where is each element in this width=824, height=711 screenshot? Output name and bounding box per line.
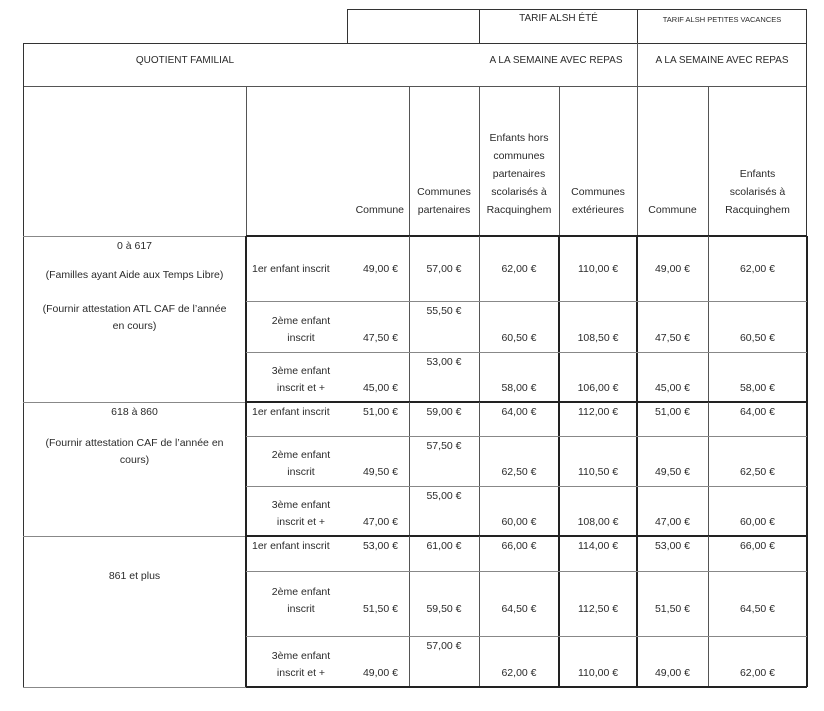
col-header-exterieures-2: extérieures — [559, 202, 637, 218]
col-header-hors-4: scolarisés à — [479, 184, 559, 200]
price-commune: 47,00 € — [246, 514, 398, 530]
row-label: 2ème enfant — [246, 447, 356, 463]
divider — [246, 301, 807, 302]
price-exterieures: 114,00 € — [559, 538, 637, 554]
col-header-hors-5: Racquinghem — [479, 202, 559, 218]
divider — [246, 686, 807, 688]
divider — [23, 687, 246, 688]
divider — [246, 486, 807, 487]
price-commune: 51,00 € — [246, 404, 398, 420]
price-partenaires: 53,00 € — [409, 354, 479, 370]
col-header-hors-3: partenaires — [479, 166, 559, 182]
col-header-pv-enfants-3: Racquinghem — [708, 202, 807, 218]
price-pv-commune: 49,50 € — [637, 464, 708, 480]
tarif-ete-title: TARIF ALSH ÉTÉ — [479, 11, 638, 27]
qf-range: 0 à 617 — [23, 238, 246, 254]
price-exterieures: 106,00 € — [559, 380, 637, 396]
qf-note: (Fournir attestation CAF de l’année en — [23, 435, 246, 451]
price-pv-enfants: 58,00 € — [708, 380, 807, 396]
price-partenaires: 59,50 € — [409, 601, 479, 617]
col-header-pv-enfants-1: Enfants — [708, 166, 807, 182]
price-commune: 49,00 € — [246, 665, 398, 681]
qf-range: 861 et plus — [23, 568, 246, 584]
col-header-pv-enfants-2: scolarisés à — [708, 184, 807, 200]
price-pv-enfants: 62,50 € — [708, 464, 807, 480]
divider — [246, 535, 807, 537]
divider — [23, 402, 246, 403]
price-pv-commune: 47,00 € — [637, 514, 708, 530]
price-hors-communes: 62,50 € — [479, 464, 559, 480]
price-hors-communes: 60,00 € — [479, 514, 559, 530]
qf-note: en cours) — [23, 318, 246, 334]
divider — [23, 536, 246, 537]
qf-range: 618 à 860 — [23, 404, 246, 420]
price-commune: 51,50 € — [246, 601, 398, 617]
col-header-partenaires-2: partenaires — [409, 202, 479, 218]
row-label: 3ème enfant — [246, 363, 356, 379]
row-label: 2ème enfant — [246, 584, 356, 600]
price-pv-commune: 47,50 € — [637, 330, 708, 346]
price-exterieures: 110,00 € — [559, 261, 637, 277]
price-pv-enfants: 62,00 € — [708, 665, 807, 681]
price-commune: 53,00 € — [246, 538, 398, 554]
price-commune: 49,50 € — [246, 464, 398, 480]
price-pv-commune: 51,00 € — [637, 404, 708, 420]
price-hors-communes: 62,00 € — [479, 261, 559, 277]
price-pv-commune: 53,00 € — [637, 538, 708, 554]
price-partenaires: 61,00 € — [409, 538, 479, 554]
price-partenaires: 57,00 € — [409, 638, 479, 654]
divider — [246, 571, 807, 572]
row-label: 3ème enfant — [246, 648, 356, 664]
tarif-pv-title: TARIF ALSH PETITES VACANCES — [637, 12, 807, 28]
price-pv-commune: 45,00 € — [637, 380, 708, 396]
price-exterieures: 108,50 € — [559, 330, 637, 346]
price-partenaires: 55,00 € — [409, 488, 479, 504]
qf-note: (Fournir attestation ATL CAF de l’année — [23, 301, 246, 317]
price-exterieures: 108,00 € — [559, 514, 637, 530]
price-pv-commune: 49,00 € — [637, 261, 708, 277]
price-hors-communes: 64,00 € — [479, 404, 559, 420]
price-pv-enfants: 60,50 € — [708, 330, 807, 346]
price-hors-communes: 66,00 € — [479, 538, 559, 554]
price-hors-communes: 62,00 € — [479, 665, 559, 681]
row-label: 3ème enfant — [246, 497, 356, 513]
divider — [246, 436, 807, 437]
header-blank-cell — [347, 9, 480, 44]
divider — [246, 636, 807, 637]
price-pv-commune: 51,50 € — [637, 601, 708, 617]
price-hors-communes: 60,50 € — [479, 330, 559, 346]
divider — [23, 236, 246, 237]
divider — [246, 235, 807, 237]
price-pv-enfants: 60,00 € — [708, 514, 807, 530]
price-commune: 45,00 € — [246, 380, 398, 396]
col-header-commune: Commune — [246, 202, 404, 218]
divider — [409, 402, 410, 536]
price-pv-commune: 49,00 € — [637, 665, 708, 681]
col-header-hors-2: communes — [479, 148, 559, 164]
qf-note: (Familles ayant Aide aux Temps Libre) — [23, 267, 246, 283]
qf-note: cours) — [23, 452, 246, 468]
col-header-exterieures-1: Communes — [559, 184, 637, 200]
price-pv-enfants: 62,00 € — [708, 261, 807, 277]
price-partenaires: 55,50 € — [409, 303, 479, 319]
price-commune: 47,50 € — [246, 330, 398, 346]
price-pv-enfants: 64,00 € — [708, 404, 807, 420]
price-exterieures: 112,50 € — [559, 601, 637, 617]
price-partenaires: 59,00 € — [409, 404, 479, 420]
col-header-hors-1: Enfants hors — [479, 130, 559, 146]
row-label: 2ème enfant — [246, 313, 356, 329]
semaine-pv-label: A LA SEMAINE AVEC REPAS — [637, 53, 807, 69]
price-hors-communes: 58,00 € — [479, 380, 559, 396]
price-partenaires: 57,00 € — [409, 261, 479, 277]
semaine-ete-label: A LA SEMAINE AVEC REPAS — [476, 53, 636, 69]
price-exterieures: 110,50 € — [559, 464, 637, 480]
price-commune: 49,00 € — [246, 261, 398, 277]
price-pv-enfants: 66,00 € — [708, 538, 807, 554]
price-exterieures: 112,00 € — [559, 404, 637, 420]
col-header-pv-commune: Commune — [637, 202, 708, 218]
price-partenaires: 57,50 € — [409, 438, 479, 454]
col-header-partenaires-1: Communes — [409, 184, 479, 200]
price-exterieures: 110,00 € — [559, 665, 637, 681]
price-pv-enfants: 64,50 € — [708, 601, 807, 617]
divider — [246, 401, 807, 403]
divider — [246, 352, 807, 353]
quotient-familial-label: QUOTIENT FAMILIAL — [60, 53, 310, 69]
price-hors-communes: 64,50 € — [479, 601, 559, 617]
